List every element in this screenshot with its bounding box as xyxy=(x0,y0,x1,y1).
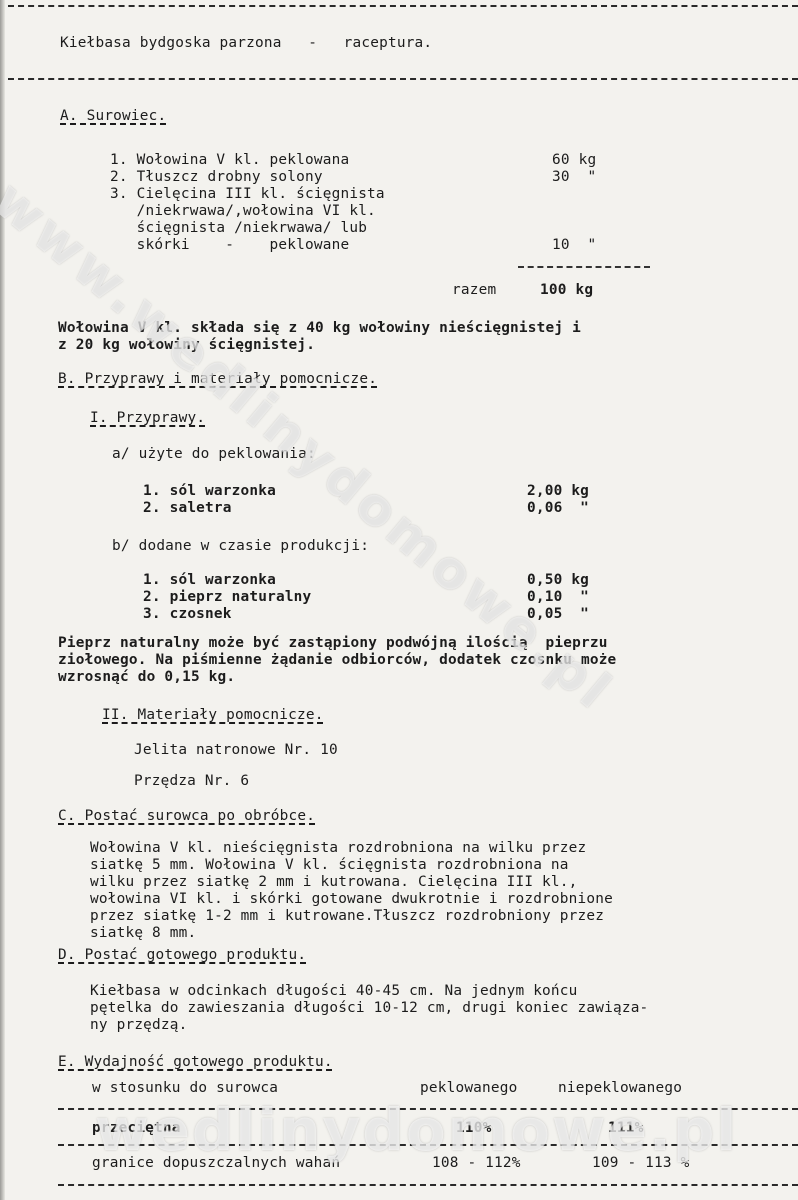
list-item: 1. sól warzonka xyxy=(143,483,276,500)
section-b1-heading: I. Przyprawy. xyxy=(90,410,205,427)
paragraph-line: ny przędzą. xyxy=(90,1017,188,1034)
total-label: razem xyxy=(452,282,496,299)
list-item: /niekrwawa/,wołowina VI kl. xyxy=(110,203,376,220)
note-line: Wołowina V kl. składa się z 40 kg wołowi… xyxy=(58,320,581,337)
table-cell: przeciętna xyxy=(92,1120,181,1137)
list-item: 1. Wołowina V kl. peklowana xyxy=(110,152,349,169)
note-line: wzrosnąć do 0,15 kg. xyxy=(58,669,235,686)
paragraph-line: wilku przez siatkę 2 mm i kutrowana. Cie… xyxy=(90,874,578,891)
list-item-qty: 30 " xyxy=(552,169,596,186)
paragraph-line: siatkę 8 mm. xyxy=(90,925,196,942)
document-page: Kiełbasa bydgoska parzona - raceptura. A… xyxy=(0,0,798,1200)
list-item-qty: 0,05 " xyxy=(527,606,589,623)
title-rule xyxy=(8,78,798,80)
section-d-heading: D. Postać gotowego produktu. xyxy=(58,947,306,964)
table-cell: granice dopuszczalnych wahań xyxy=(92,1155,340,1172)
table-cell: 110% xyxy=(456,1120,491,1137)
paragraph-line: przez siatkę 1-2 mm i kutrowane.Tłuszcz … xyxy=(90,908,604,925)
note-line: Pieprz naturalny może być zastąpiony pod… xyxy=(58,635,608,652)
list-item: ścięgnista /niekrwawa/ lub xyxy=(110,220,367,237)
table-rule xyxy=(58,1108,798,1110)
table-header-cell: peklowanego xyxy=(420,1080,518,1097)
group-b-label: b/ dodane w czasie produkcji: xyxy=(112,538,369,555)
paragraph-line: wołowina VI kl. i skórki gotowane dwukro… xyxy=(90,891,613,908)
sum-rule xyxy=(518,266,650,268)
table-header-cell: niepeklowanego xyxy=(558,1080,682,1097)
list-item-qty: 0,10 " xyxy=(527,589,589,606)
note-line: z 20 kg wołowiny ścięgnistej. xyxy=(58,337,315,354)
list-item-qty: 60 kg xyxy=(552,152,596,169)
paragraph-line: Kiełbasa w odcinkach długości 40-45 cm. … xyxy=(90,983,578,1000)
list-item: 3. czosnek xyxy=(143,606,232,623)
list-item-qty: 0,06 " xyxy=(527,500,589,517)
total-qty: 100 kg xyxy=(540,282,593,299)
table-rule xyxy=(58,1184,798,1186)
table-rule xyxy=(58,1144,798,1146)
section-c-heading: C. Postać surowca po obróbce. xyxy=(58,808,315,825)
paragraph-line: Wołowina V kl. nieścięgnista rozdrobnion… xyxy=(90,840,586,857)
table-cell: 108 - 112% xyxy=(432,1155,521,1172)
list-item: 3. Cielęcina III kl. ścięgnista xyxy=(110,186,385,203)
page-title: Kiełbasa bydgoska parzona - raceptura. xyxy=(60,35,432,52)
table-header-cell: w stosunku do surowca xyxy=(92,1080,278,1097)
top-rule xyxy=(8,5,798,7)
list-item: Jelita natronowe Nr. 10 xyxy=(134,742,338,759)
list-item-qty: 10 " xyxy=(552,237,596,254)
list-item: 2. Tłuszcz drobny solony xyxy=(110,169,323,186)
list-item-qty: 2,00 kg xyxy=(527,483,589,500)
group-a-label: a/ użyte do peklowania: xyxy=(112,446,316,463)
scan-edge xyxy=(0,0,5,1200)
list-item: 2. saletra xyxy=(143,500,232,517)
list-item: 1. sól warzonka xyxy=(143,572,276,589)
section-b-heading: B. Przyprawy i materiały pomocnicze. xyxy=(58,371,377,388)
paragraph-line: pętelka do zawieszania długości 10-12 cm… xyxy=(90,1000,648,1017)
table-cell: 111% xyxy=(608,1120,643,1137)
section-b2-heading: II. Materiały pomocnicze. xyxy=(102,707,324,724)
section-e-heading: E. Wydajność gotowego produktu. xyxy=(58,1054,333,1071)
list-item-qty: 0,50 kg xyxy=(527,572,589,589)
note-line: ziołowego. Na piśmienne żądanie odbiorcó… xyxy=(58,652,616,669)
paragraph-line: siatkę 5 mm. Wołowina V kl. ścięgnista r… xyxy=(90,857,569,874)
list-item: 2. pieprz naturalny xyxy=(143,589,311,606)
section-a-heading: A. Surowiec. xyxy=(60,108,166,125)
list-item: skórki - peklowane xyxy=(110,237,349,254)
list-item: Przędza Nr. 6 xyxy=(134,773,249,790)
table-cell: 109 - 113 % xyxy=(592,1155,690,1172)
